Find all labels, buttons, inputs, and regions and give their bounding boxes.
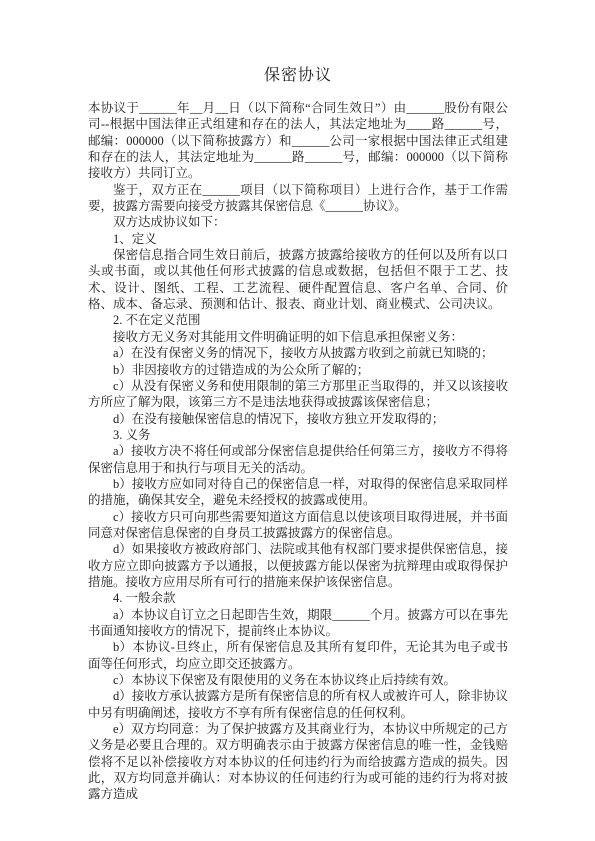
section-3-heading: 3. 义务 bbox=[88, 427, 508, 443]
section-1-body: 保密信息指合同生效日前后，披露方披露给接收方的任何以及所有以口头或书面，或以其他… bbox=[88, 247, 508, 312]
clause-2d: d）在没有接触保密信息的情况下，接收方独立开发取得的； bbox=[88, 411, 508, 427]
clause-4c: c）本协议下保密及有限使用的义务在本协议终止后持续有效。 bbox=[88, 672, 508, 688]
clause-2c: c）从没有保密义务和使用限制的第三方那里正当取得的，并又以该接收方所应了解为限，… bbox=[88, 378, 508, 411]
section-2-lead: 接收方无义务对其能用文件明确证明的如下信息承担保密义务： bbox=[88, 329, 508, 345]
clause-4b: b）本协议-旦终止，所有保密信息及其所有复印件，无论其为电子或书面等任何形式，均… bbox=[88, 639, 508, 672]
intro-paragraph: 本协议于______年__月__日（以下简称“合同生效日”）由______股份有… bbox=[88, 100, 508, 182]
clause-2a: a）在没有保密义务的情况下，接收方从披露方收到之前就已知晓的； bbox=[88, 345, 508, 361]
section-1-heading: 1、定义 bbox=[88, 231, 508, 247]
recital-paragraph: 鉴于，双方正在______项目（以下简称项目）上进行合作，基于工作需要，披露方需… bbox=[88, 182, 508, 215]
document-page: 保密协议 本协议于______年__月__日（以下简称“合同生效日”）由____… bbox=[0, 0, 595, 841]
clause-3c: c）接收方只可向那些需要知道这方面信息以使该项目取得进展，并书面同意对保密信息保… bbox=[88, 509, 508, 542]
clause-3b: b）接收方应如同对待自己的保密信息一样，对取得的保密信息采取同样的措施，确保其安… bbox=[88, 476, 508, 509]
clause-4e: e）双方均同意：为了保护披露方及其商业行为，本协议中所规定的己方义务是必要且合理… bbox=[88, 721, 508, 803]
clause-3d: d）如果接收方被政府部门、法院或其他有权部门要求提供保密信息，接收方应立即向披露… bbox=[88, 541, 508, 590]
section-2-heading: 2. 不在定义范围 bbox=[88, 312, 508, 328]
section-4-heading: 4. 一般余款 bbox=[88, 590, 508, 606]
agreement-lead: 双方达成协议如下： bbox=[88, 214, 508, 230]
clause-2b: b）非因接收方的过错造成的为公众所了解的； bbox=[88, 362, 508, 378]
document-title: 保密协议 bbox=[88, 62, 508, 85]
clause-4d: d）接收方承认披露方是所有保密信息的所有权人或被许可人，除非协议中另有明确阐述，… bbox=[88, 688, 508, 721]
clause-4a: a）本协议自订立之日起即告生效，期限______个月。披露方可以在事先书面通知接… bbox=[88, 607, 508, 640]
document-body: 本协议于______年__月__日（以下简称“合同生效日”）由______股份有… bbox=[88, 100, 508, 803]
clause-3a: a）接收方决不将任何或部分保密信息提供给任何第三方，接收方不得将保密信息用于和执… bbox=[88, 443, 508, 476]
